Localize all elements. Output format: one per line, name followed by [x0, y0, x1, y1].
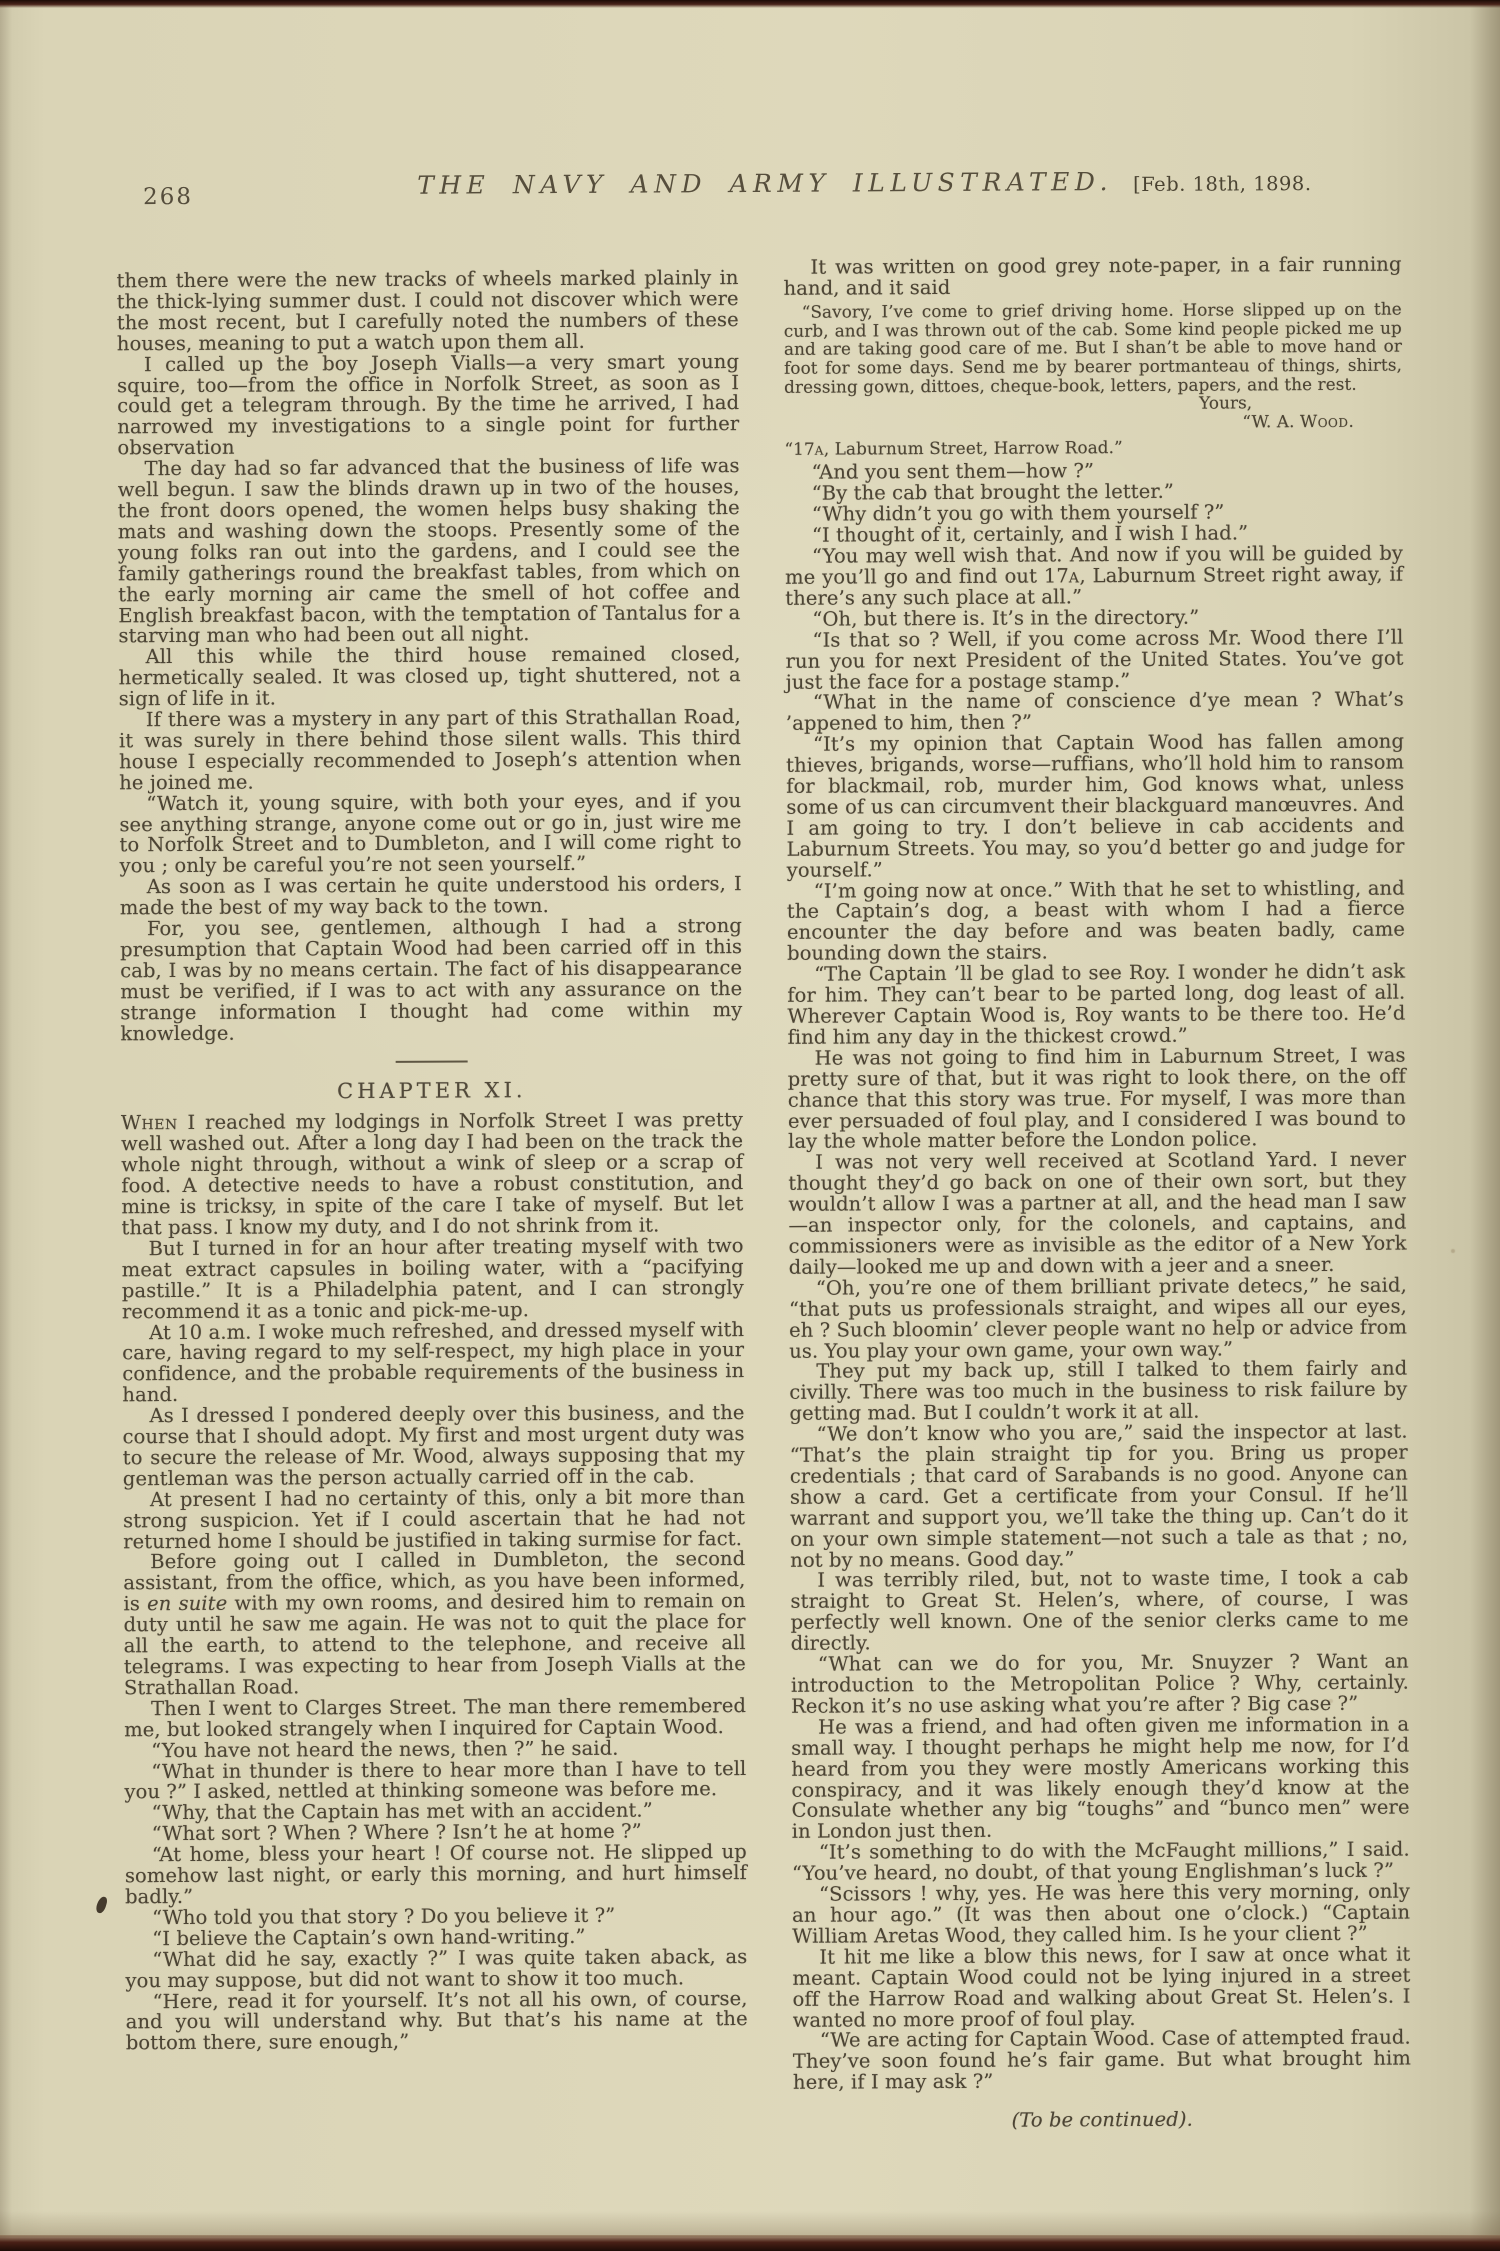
small-caps-text: When — [121, 1111, 178, 1134]
story-paragraph: He was not going to find him in Laburnum… — [788, 1045, 1407, 1153]
story-paragraph: “We are acting for Captain Wood. Case of… — [793, 2028, 1411, 2094]
letter-signature: “W. A. Wood. — [784, 412, 1402, 434]
page-edge-top — [0, 0, 1500, 8]
story-paragraph: At 10 a.m. I woke much refreshed, and dr… — [122, 1320, 744, 1407]
story-paragraph: “Here, read it for yourself. It’s not al… — [126, 1989, 748, 2055]
story-paragraph: “At home, bless your heart ! Of course n… — [125, 1842, 747, 1908]
left-column: them there were the new tracks of wheels… — [117, 268, 748, 2054]
quoted-letter: “Savory, I’ve come to grief driving home… — [784, 299, 1402, 396]
story-paragraph: “I’m going now at once.” With that he se… — [787, 878, 1405, 965]
story-paragraph: “What did he say, exactly ?” I was quite… — [125, 1947, 747, 1992]
page-bottom-shadow — [0, 2211, 1500, 2237]
story-paragraph: It was written on good grey note-paper, … — [783, 255, 1401, 300]
story-paragraph: “Oh, you’re one of them brilliant privat… — [789, 1275, 1407, 1362]
page-edge-bottom — [0, 2235, 1500, 2251]
small-caps-text: a — [1069, 564, 1080, 587]
small-caps-text: a — [815, 438, 824, 458]
to-be-continued-note: (To be continued). — [793, 2091, 1411, 2133]
story-paragraph: If there was a mystery in any part of th… — [119, 707, 741, 794]
story-paragraph: I was not very well received at Scotland… — [788, 1150, 1407, 1279]
section-divider — [396, 1060, 468, 1062]
story-paragraph: All this while the third house remained … — [118, 644, 740, 710]
ink-blot — [95, 1896, 108, 1915]
issue-date: [Feb. 18th, 1898. — [1133, 172, 1312, 196]
story-paragraph: “Is that so ? Well, if you come across M… — [785, 627, 1403, 693]
story-paragraph: As soon as I was certain he quite unders… — [120, 874, 742, 919]
story-paragraph: As I dressed I pondered deeply over this… — [122, 1403, 744, 1490]
story-paragraph: They put my back up, still I talked to t… — [789, 1359, 1407, 1425]
story-paragraph: “What can we do for you, Mr. Snuyzer ? W… — [791, 1652, 1409, 1718]
story-paragraph: Then I went to Clarges Street. The man t… — [124, 1696, 746, 1741]
story-paragraph: them there were the new tracks of wheels… — [117, 268, 739, 355]
story-paragraph: For, you see, gentlemen, although I had … — [120, 916, 743, 1045]
story-paragraph: “The Captain ’ll be glad to see Roy. I w… — [787, 962, 1405, 1049]
story-paragraph: “It’s my opinion that Captain Wood has f… — [786, 732, 1405, 882]
story-paragraph: The day had so far advanced that the bus… — [118, 456, 741, 647]
story-paragraph: “We don’t know who you are,” said the in… — [790, 1422, 1409, 1572]
right-column: It was written on good grey note-paper, … — [783, 255, 1411, 2133]
story-paragraph: “It’s something to do with the McFaught … — [792, 1840, 1410, 1885]
page-edge-right — [1470, 0, 1500, 2251]
story-paragraph: He was a friend, and had often given me … — [791, 1714, 1410, 1843]
story-paragraph: I was terribly riled, but, not to waste … — [790, 1568, 1408, 1655]
story-paragraph: “Scissors ! why, yes. He was here this v… — [792, 1882, 1410, 1948]
story-paragraph: When I reached my lodgings in Norfolk St… — [121, 1110, 744, 1239]
page-edge-left — [0, 0, 12, 2251]
story-paragraph: “Watch it, young squire, with both your … — [119, 791, 741, 878]
story-paragraph: “You may well wish that. And now if you … — [785, 544, 1403, 610]
story-paragraph: I called up the boy Joseph Vialls—a very… — [117, 352, 740, 460]
story-paragraph: But I turned in for an hour after treati… — [122, 1236, 744, 1323]
story-paragraph: “What in the name of conscience d’ye mea… — [786, 690, 1404, 735]
story-paragraph: Before going out I called in Dumbleton, … — [123, 1549, 746, 1699]
page-content: 268 THE NAVY AND ARMY ILLUSTRATED. [Feb.… — [0, 0, 1500, 2251]
story-paragraph: At present I had no certainty of this, o… — [123, 1487, 745, 1553]
story-paragraph: “What in thunder is there to hear more t… — [124, 1759, 746, 1804]
magazine-page: 268 THE NAVY AND ARMY ILLUSTRATED. [Feb.… — [0, 0, 1500, 2251]
chapter-heading: CHAPTER XI. — [121, 1066, 743, 1114]
story-paragraph: It hit me like a blow this news, for I s… — [792, 1944, 1410, 2031]
small-caps-text: Wood. — [1300, 411, 1354, 431]
letter-address: “17a, Laburnum Street, Harrow Road.” — [784, 436, 1402, 458]
